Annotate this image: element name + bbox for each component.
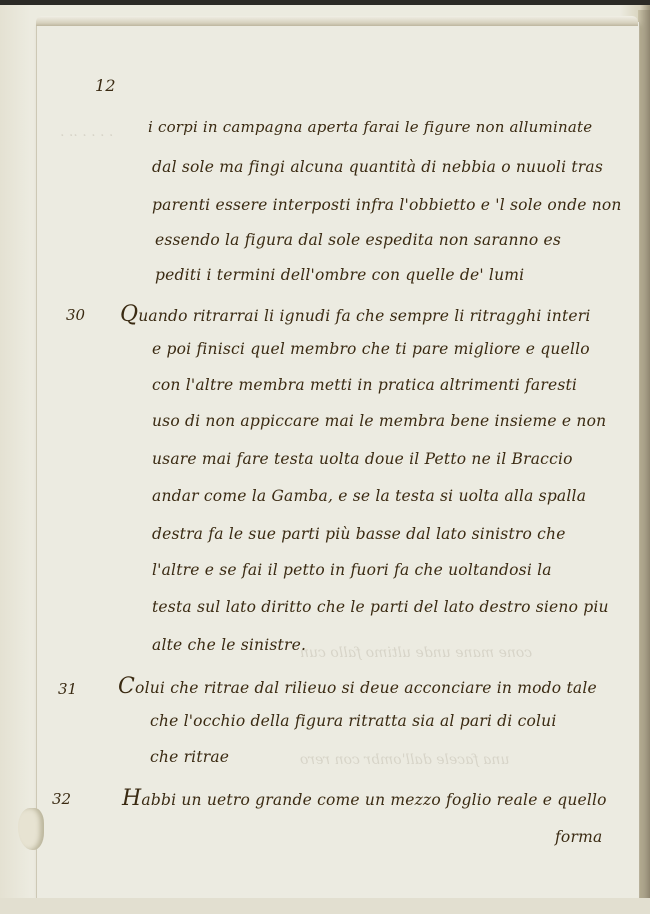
decorated-initial: C (118, 674, 135, 699)
text-line: andar come la Gamba, e se la testa si uo… (152, 489, 586, 505)
text-line: dal sole ma fingi alcuna quantità di neb… (152, 160, 603, 176)
scan-top-border (0, 0, 650, 5)
page-tear (18, 808, 44, 850)
text-line: uso di non appiccare mai le membra bene … (152, 414, 606, 430)
text-line: l'altre e se fai il petto in fuori fa ch… (152, 563, 552, 579)
text-line: alte che le sinistre. (152, 638, 306, 654)
paragraph-number: 30 (66, 306, 85, 324)
text-line: che l'occhio della figura ritratta sia a… (150, 714, 556, 730)
decorated-initial: Q (120, 302, 138, 327)
page-top-fold (36, 16, 638, 26)
text-line: destra fa le sue parti più basse dal lat… (152, 527, 566, 543)
text-line: pediti i termini dell'ombre con quelle d… (155, 268, 524, 284)
text-line: i corpi in campagna aperta farai le figu… (148, 120, 592, 135)
bleed-through-text: · · · · ·· · (60, 128, 113, 144)
catchword: forma (555, 830, 602, 846)
text-line-content: olui che ritrae dal rilieuo si deue acco… (135, 679, 597, 697)
bleed-through-text: una facele dall'ombr con rero (300, 752, 509, 768)
scan-bottom-area (0, 898, 650, 914)
paragraph-number: 31 (58, 680, 77, 698)
bleed-through-text: cone mane unde ultimo fallo cun (300, 645, 532, 661)
text-line: essendo la figura dal sole espedita non … (155, 233, 561, 249)
text-line: con l'altre membra metti in pratica altr… (152, 378, 577, 394)
folio-number: 12 (95, 78, 116, 94)
decorated-initial: H (122, 786, 141, 811)
text-line: Habbi un uetro grande come un mezzo fogl… (122, 788, 607, 810)
text-line: Colui che ritrae dal rilieuo si deue acc… (118, 676, 597, 698)
text-line: testa sul lato diritto che le parti del … (152, 600, 609, 616)
text-line-content: abbi un uetro grande come un mezzo fogli… (141, 791, 606, 809)
text-line: che ritrae (150, 750, 229, 766)
text-line: Quando ritrarrai li ignudi fa che sempre… (120, 304, 591, 326)
paragraph-number: 32 (52, 790, 71, 808)
text-line: parenti essere interposti infra l'obbiet… (152, 198, 622, 214)
text-line-content: uando ritrarrai li ignudi fa che sempre … (138, 307, 590, 325)
text-line: usare mai fare testa uolta doue il Petto… (152, 452, 573, 468)
text-line: e poi finisci quel membro che ti pare mi… (152, 342, 590, 358)
